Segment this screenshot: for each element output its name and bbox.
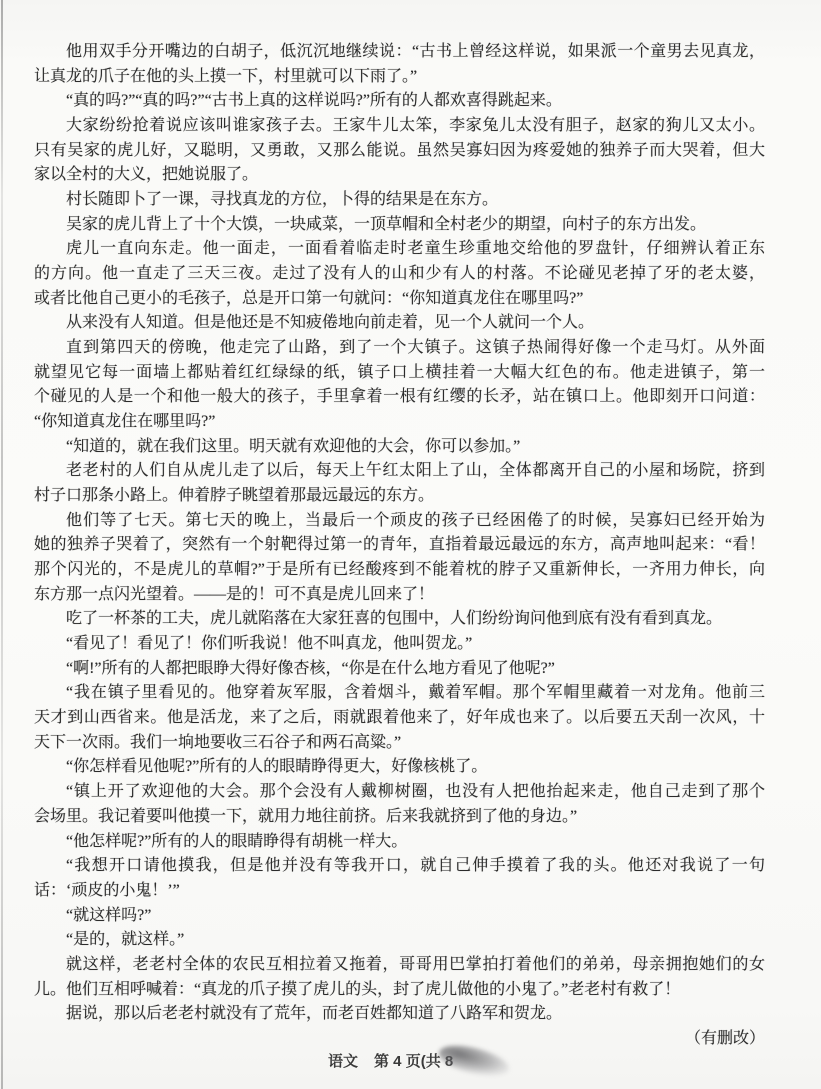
- text-line: 他用双手分开嘴边的白胡子，低沉沉地继续说：“古书上曾经这样说，如果派一个童男去见…: [34, 40, 765, 65]
- text-line: “我想开口请他摸我，但是他并没有等我开口，就自己伸手摸着了我的头。他还对我说了一…: [34, 854, 765, 879]
- text-line: 让真龙的爪子在他的头上摸一下，村里就可以下雨了。”: [34, 65, 765, 90]
- text-line: “是的，就这样。”: [34, 928, 765, 953]
- text-line: “就这样吗?”: [34, 904, 765, 929]
- footer-subject: 语文: [328, 1053, 358, 1070]
- text-line: 的方向。他一直走了三天三夜。走过了没有人的山和少有人的村落。不论碰见老掉了牙的老…: [34, 262, 765, 287]
- text-line: 天才到山西省来。他是活龙，来了之后，雨就跟着他来了，好年成也来了。以后要五天刮一…: [34, 706, 765, 731]
- text-line: 家以全村的大义，把她说服了。: [34, 163, 765, 188]
- page-footer: 语文第 4 页(共 8: [328, 1051, 453, 1073]
- text-line: 老老村的人们自从虎儿走了以后，每天上午红太阳上了山，全体都离开自己的小屋和场院，…: [34, 459, 765, 484]
- text-line: 大家纷纷抢着说应该叫谁家孩子去。王家牛儿太笨，李家兔儿太没有胆子，赵家的狗儿又太…: [34, 114, 765, 139]
- text-line: 天下一次雨。我们一垧地要收三石谷子和两石高粱。”: [34, 731, 765, 756]
- text-line: “他怎样呢?”所有的人的眼睛睁得有胡桃一样大。: [34, 830, 765, 855]
- text-line: 他们等了七天。第七天的晚上，当最后一个顽皮的孩子已经困倦了的时候，吴寡妇已经开始…: [34, 509, 765, 534]
- attribution-note: （有删改）: [34, 1027, 765, 1052]
- exam-page: 他用双手分开嘴边的白胡子，低沉沉地继续说：“古书上曾经这样说，如果派一个童男去见…: [0, 0, 821, 1089]
- text-line: 直到第四天的傍晚，他走完了山路，到了一个大镇子。这镇子热闹得好像一个走马灯。从外…: [34, 336, 765, 361]
- text-line: 会场里。我记着要叫他摸一下，就用力地往前挤。后来我就挤到了他的身边。”: [34, 805, 765, 830]
- text-line: 东方那一点闪光望着。——是的！可不真是虎儿回来了！: [34, 583, 765, 608]
- text-line: “啊!”所有的人都把眼睁大得好像杏核，“你是在什么地方看见了他呢?”: [34, 657, 765, 682]
- text-line: “真的吗?”“真的吗?”“古书上真的这样说吗?”所有的人都欢喜得跳起来。: [34, 89, 765, 114]
- text-line: 吃了一杯茶的工夫，虎儿就陷落在大家狂喜的包围中，人们纷纷询问他到底有没有看到真龙…: [34, 607, 765, 632]
- text-line: “你知道真龙住在哪里吗?”: [34, 410, 765, 435]
- text-line: “知道的，就在我们这里。明天就有欢迎他的大会，你可以参加。”: [34, 435, 765, 460]
- text-line: 村子口那条小路上。伸着脖子眺望着那最远最远的东方。: [34, 484, 765, 509]
- text-line: 那个闪光的，不是虎儿的草帽?”于是所有已经酸疼到不能着枕的脖子又重新伸长，一齐用…: [34, 558, 765, 583]
- text-line: 吴家的虎儿背上了十个大馍，一块咸菜，一顶草帽和全村老少的期望，向村子的东方出发。: [34, 213, 765, 238]
- text-line: 就望见它每一面墙上都贴着红红绿绿的纸，镇子口上横挂着一大幅大红色的布。他走进镇子…: [34, 361, 765, 386]
- passage-text: 他用双手分开嘴边的白胡子，低沉沉地继续说：“古书上曾经这样说，如果派一个童男去见…: [34, 40, 765, 1052]
- text-line: “镇上开了欢迎他的大会。那个会没有人戴柳树圈，也没有人把他抬起来走，他自己走到了…: [34, 780, 765, 805]
- text-line: “我在镇子里看见的。他穿着灰军服，含着烟斗，戴着军帽。那个军帽里藏着一对龙角。他…: [34, 681, 765, 706]
- text-line: 个碰见的人是一个和他一般大的孩子，手里拿着一根有红缨的长矛，站在镇口上。他即刻开…: [34, 385, 765, 410]
- scan-edge-line: [1, 0, 3, 1089]
- text-line: 就这样，老老村全体的农民互相拉着又拖着，哥哥用巴掌拍打着他们的弟弟，母亲拥抱她们…: [34, 953, 765, 978]
- text-line: 或者比他自己更小的毛孩子，总是开口第一句就问：“你知道真龙住在哪里吗?”: [34, 287, 765, 312]
- text-line: 她的独养子哭着了，突然有一个射靶得过第一的青年，直指着最远最远的东方，高声地叫起…: [34, 533, 765, 558]
- text-line: 虎儿一直向东走。他一面走，一面看着临走时老童生珍重地交给他的罗盘针，仔细辨认着正…: [34, 237, 765, 262]
- text-line: “你怎样看见他呢?”所有的人的眼睛睁得更大，好像核桃了。: [34, 755, 765, 780]
- text-line: 只有吴家的虎儿好，又聪明，又勇敢，又那么能说。虽然吴寡妇因为疼爱她的独养子而大哭…: [34, 139, 765, 164]
- text-line: 村长随即卜了一课，寻找真龙的方位，卜得的结果是在东方。: [34, 188, 765, 213]
- text-line: 儿。他们互相呼喊着：“真龙的爪子摸了虎儿的头，封了虎儿做他的小鬼了。”老老村有救…: [34, 978, 765, 1003]
- text-line: 话：‘顽皮的小鬼！’”: [34, 879, 765, 904]
- text-line: 从来没有人知道。但是他还是不知疲倦地向前走着，见一个人就问一个人。: [34, 311, 765, 336]
- text-line: “看见了！看见了！你们听我说！他不叫真龙，他叫贺龙。”: [34, 632, 765, 657]
- text-line: 据说，那以后老老村就没有了荒年，而老百姓都知道了八路军和贺龙。: [34, 1002, 765, 1027]
